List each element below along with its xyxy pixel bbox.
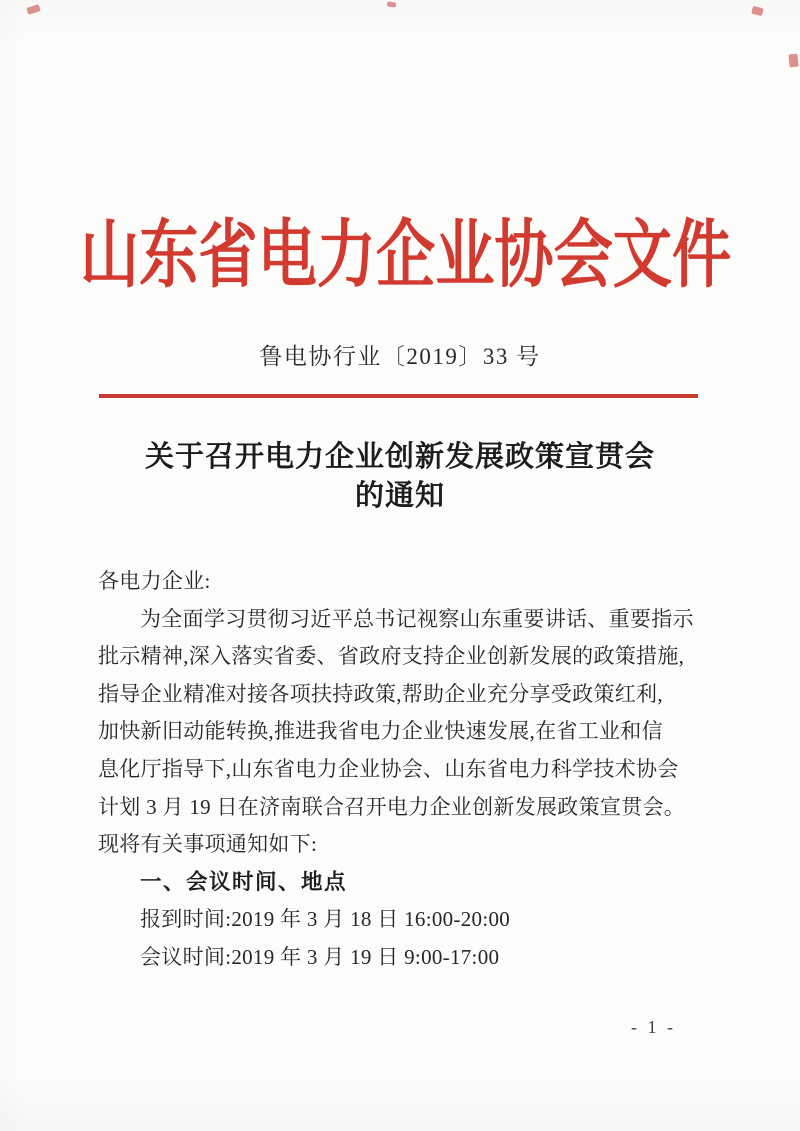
body-line: 息化厅指导下,山东省电力企业协会、山东省电力科学技术协会 [98,751,704,789]
notice-title: 关于召开电力企业创新发展政策宣贯会 的通知 [0,438,800,516]
red-ink-speck [387,1,397,7]
page-number: - 1 - [631,1017,676,1038]
body-line: 加快新旧动能转换,推进我省电力企业快速发展,在省工业和信 [98,713,704,751]
body-line-meeting-time: 会议时间:2019 年 3 月 19 日 9:00-17:00 [98,939,704,977]
body-line-checkin-time: 报到时间:2019 年 3 月 18 日 16:00-20:00 [98,901,704,939]
body-line: 为全面学习贯彻习近平总书记视察山东重要讲话、重要指示 [98,601,704,639]
red-ink-speck [751,6,764,16]
red-divider-rule [99,394,698,398]
section-heading-meeting-time-place: 一、会议时间、地点 [98,864,704,902]
notice-title-line2: 的通知 [0,477,800,516]
red-ink-speck [788,54,798,68]
notice-title-line1: 关于召开电力企业创新发展政策宣贯会 [0,438,800,477]
body-line: 计划 3 月 19 日在济南联合召开电力企业创新发展政策宣贯会。 [98,789,704,827]
body-line-salutation: 各电力企业: [98,563,704,601]
org-title-banner: 山东省电力企业协会文件 [80,214,720,298]
red-ink-speck [26,4,41,15]
body-line: 批示精神,深入落实省委、省政府支持企业创新发展的政策措施, [98,638,704,676]
scanned-document-page: 山东省电力企业协会文件 鲁电协行业〔2019〕33 号 关于召开电力企业创新发展… [0,0,800,1131]
body-line: 现将有关事项通知如下: [98,826,704,864]
body-line: 指导企业精准对接各项扶持政策,帮助企业充分享受政策红利, [98,676,704,714]
document-body: 各电力企业: 为全面学习贯彻习近平总书记视察山东重要讲话、重要指示 批示精神,深… [98,563,704,977]
document-number: 鲁电协行业〔2019〕33 号 [0,343,800,371]
